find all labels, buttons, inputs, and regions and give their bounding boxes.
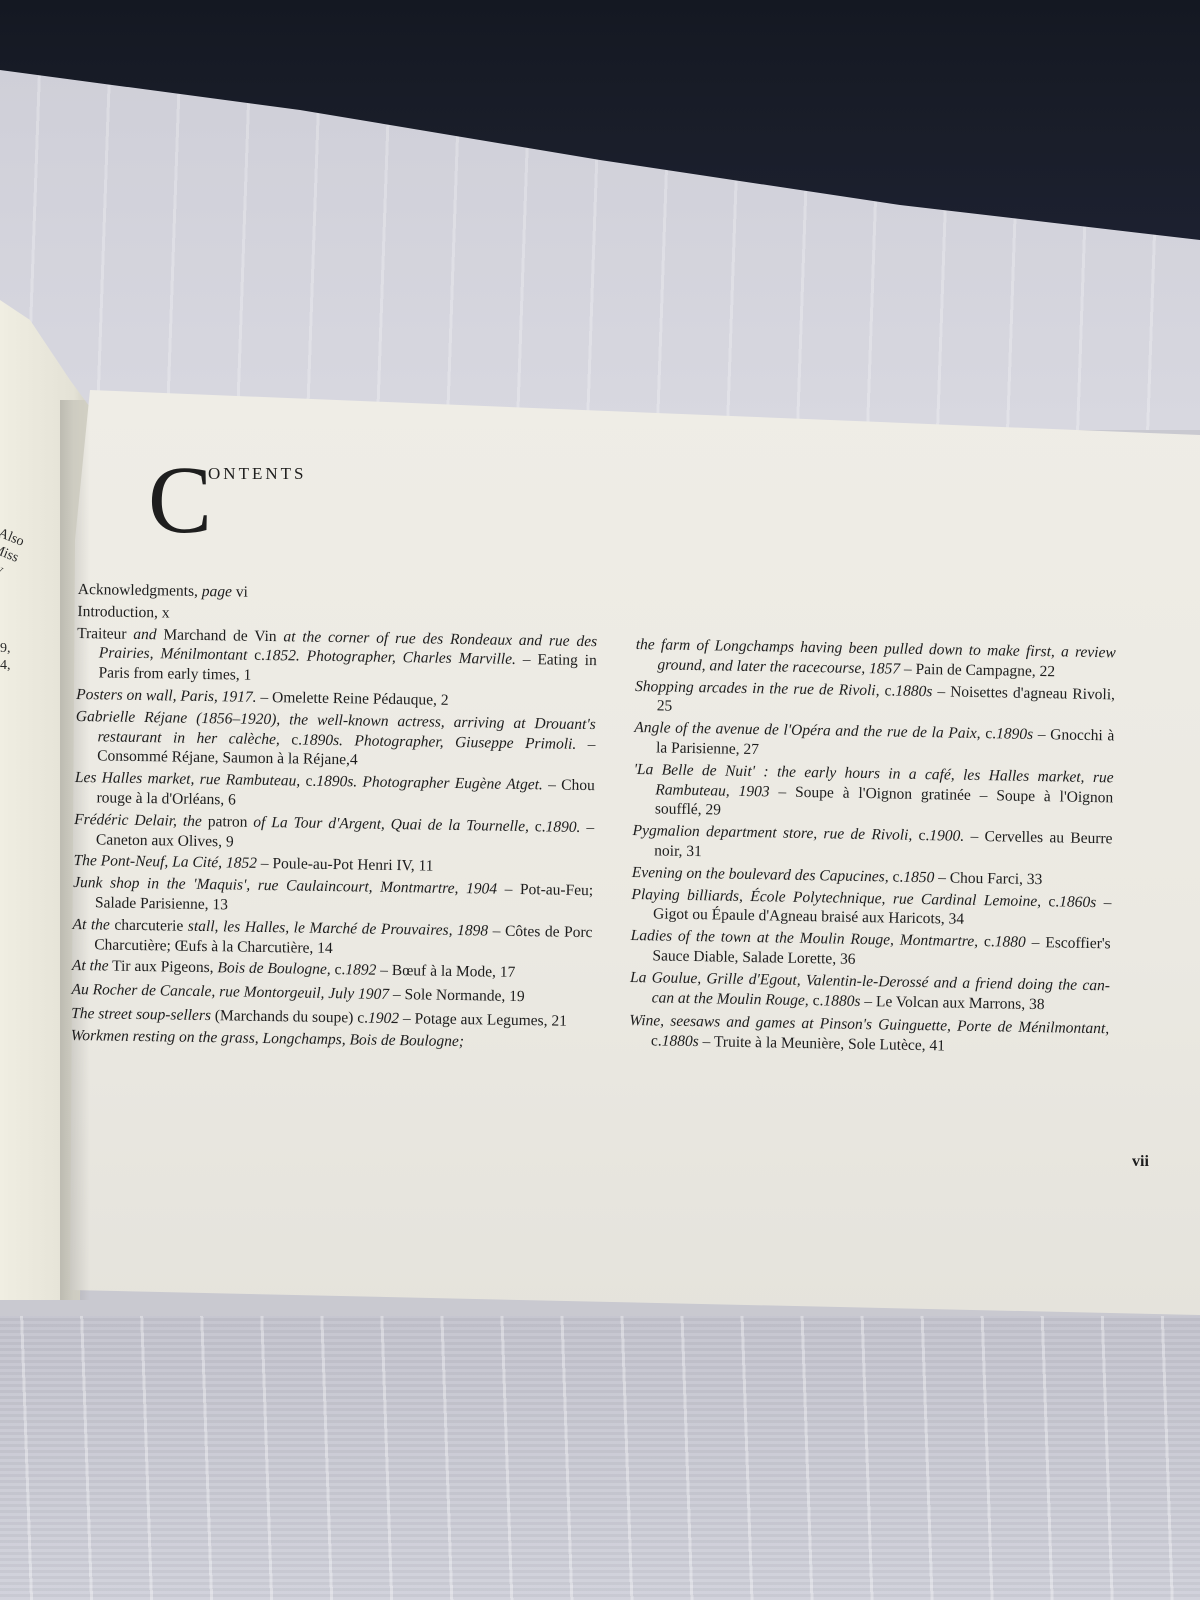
contents-entry: Angle of the avenue de l'Opéra and the r… [634, 718, 1115, 766]
entry-caption-italic: The street soup-sellers [71, 1005, 211, 1024]
entry-text: c. [331, 961, 346, 978]
entry-text: c. [529, 818, 546, 835]
entry-text: c. [978, 933, 995, 950]
entry-text: c. [300, 773, 316, 790]
contents-column-right: the farm of Longchamps having been pulle… [629, 635, 1116, 1061]
contents-entry: Gabrielle Réjane (1856–1920), the well-k… [75, 707, 596, 775]
title-rest: ONTENTS [208, 464, 306, 484]
entry-caption-italic: 1900. [929, 827, 964, 845]
entry-caption-italic: of La Tour d'Argent, Quai de la Tournell… [253, 814, 529, 835]
entry-text: Traiteur [77, 625, 133, 643]
contents-entry: Shopping arcades in the rue de Rivoli, c… [635, 677, 1116, 725]
entry-caption-italic: 1890s [996, 725, 1033, 743]
entry-caption-italic: and [133, 625, 157, 642]
entry-text: c. [247, 647, 265, 664]
entry-caption-italic: Evening on the boulevard des Capucines, [632, 864, 889, 885]
entry-caption-italic: Bois de Boulogne, [217, 960, 330, 979]
contents-entry: Junk shop in the 'Maquis', rue Caulainco… [73, 873, 594, 921]
entry-text: – Poule-au-Pot Henri IV, 11 [257, 855, 434, 875]
entry-text: charcuterie [110, 916, 188, 934]
entry-text: patron [202, 813, 254, 831]
entry-caption-italic: stall, les Halles, le Marché de Prouvair… [188, 918, 488, 940]
entry-text: c. [651, 1032, 662, 1049]
entry-caption-italic: 1860s [1059, 893, 1096, 911]
contents-entry: Playing billiards, École Polytechnique, … [631, 885, 1112, 933]
entry-text: (Marchands du soupe) c. [211, 1007, 368, 1026]
contents-column-left: Acknowledgments, page viIntroduction, xT… [71, 580, 598, 1056]
contents-entry: At the charcuterie stall, les Halles, le… [72, 915, 593, 963]
entry-caption-italic: page [202, 583, 232, 600]
entry-text: – Truite à la Meunière, Sole Lutèce, 41 [699, 1033, 945, 1054]
entry-text: vi [232, 583, 248, 600]
drop-cap: C [148, 452, 212, 548]
contents-entry: La Goulue, Grille d'Egout, Valentin-le-D… [630, 968, 1111, 1016]
entry-caption-italic: Posters on wall, Paris, 1917. [76, 686, 257, 706]
entry-caption-italic: Angle of the avenue de l'Opéra and the r… [634, 719, 981, 742]
entry-text: – Chou Farci, 33 [934, 869, 1042, 888]
entry-caption-italic: Pygmalion department store, rue de Rivol… [632, 822, 912, 844]
entry-caption-italic: 1852. Photographer, Charles Marville. [265, 647, 516, 668]
plastic-wrap-background-bottom [0, 1316, 1200, 1600]
entry-caption-italic: Ladies of the town at the Moulin Rouge, … [631, 927, 979, 950]
entry-text: c. [1041, 893, 1059, 910]
entry-text: c. [879, 682, 895, 699]
fragment-line: 4, [0, 657, 11, 674]
entry-text: Acknowledgments, [78, 581, 202, 600]
contents-entry: Ladies of the town at the Moulin Rouge, … [630, 926, 1111, 974]
entry-caption-italic: 1890. [545, 818, 580, 836]
page-title: C ONTENTS [148, 452, 306, 548]
entry-caption-italic: 1880s [662, 1033, 699, 1051]
entry-text: – Le Volcan aux Marrons, 38 [860, 993, 1044, 1013]
entry-text: Marchand de Vin [156, 626, 283, 645]
entry-text: – Bœuf à la Mode, 17 [376, 962, 515, 981]
entry-text: – Potage aux Legumes, 21 [399, 1010, 567, 1030]
entry-caption-italic: The Pont-Neuf, La Cité, 1852 [73, 852, 257, 872]
entry-caption-italic: 1890s. Photographer Eugène Atget. [316, 773, 543, 794]
entry-text: c. [980, 725, 996, 742]
page-number: vii [1132, 1153, 1149, 1171]
entry-caption-italic: At the [72, 957, 109, 975]
entry-caption-italic: Au Rocher de Cancale, rue Montorgeuil, J… [71, 981, 389, 1003]
contents-entry: Frédéric Delair, the patron of La Tour d… [74, 810, 595, 858]
entry-caption-italic: 1880s [895, 682, 932, 700]
entry-caption-italic: Shopping arcades in the rue de Rivoli, [635, 678, 880, 699]
entry-text: c. [889, 868, 904, 885]
entry-text: Tir aux Pigeons, [108, 958, 217, 977]
entry-caption-italic: 1902 [368, 1010, 399, 1027]
entry-text: – Omelette Reine Pédauque, 2 [256, 689, 448, 709]
entry-caption-italic: Les Halles market, rue Rambuteau, [75, 769, 301, 790]
entry-text: – Sole Normande, 19 [389, 986, 525, 1005]
entry-text: Introduction, x [77, 603, 169, 621]
entry-caption-italic: 1890s. Photographer, Giuseppe Primoli. [302, 731, 576, 752]
contents-entry: Wine, seesaws and games at Pinson's Guin… [629, 1011, 1110, 1059]
contents-entry: Traiteur and Marchand de Vin at the corn… [76, 624, 597, 692]
contents-entry: Les Halles market, rue Rambuteau, c.1890… [74, 768, 595, 816]
contents-entry: 'La Belle de Nuit' : the early hours in … [633, 760, 1114, 828]
entry-caption-italic: 1880s [823, 992, 860, 1010]
entry-caption-italic: Workmen resting on the grass, Longchamps… [71, 1027, 464, 1050]
left-page-text-fragment-2: 9, 4, [0, 640, 11, 674]
entry-caption-italic: 1880 [995, 933, 1026, 951]
contents-entry: the farm of Longchamps having been pulle… [635, 635, 1116, 683]
entry-caption-italic: Frédéric Delair, the [74, 811, 202, 830]
entry-text: – Pain de Campagne, 22 [900, 660, 1055, 680]
entry-caption-italic: 1892 [345, 962, 376, 979]
entry-text: c. [809, 992, 824, 1009]
contents-entry: Pygmalion department store, rue de Rivol… [632, 821, 1113, 869]
entry-text: c. [912, 827, 929, 844]
entry-caption-italic: At the [72, 916, 110, 934]
fragment-line: 9, [0, 640, 11, 657]
entry-text: c. [280, 731, 302, 748]
entry-caption-italic: 1850 [903, 868, 934, 886]
contents-entry: Au Rocher de Cancale, rue Montorgeuil, J… [71, 980, 591, 1008]
